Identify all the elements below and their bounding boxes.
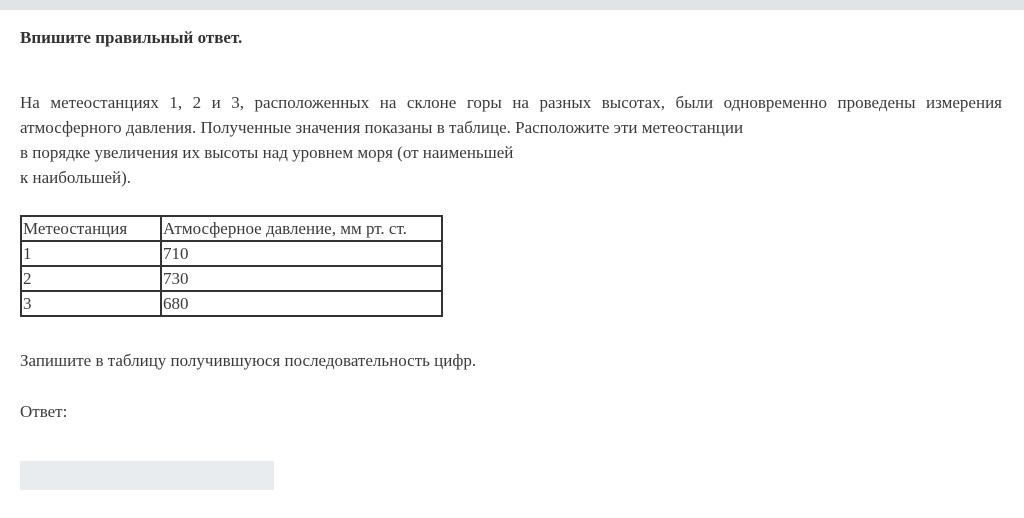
top-bar	[0, 0, 1024, 10]
pressure-table: Метеостанция Атмосферное давление, мм рт…	[20, 215, 443, 317]
answer-input[interactable]	[20, 461, 274, 490]
header-station: Метеостанция	[21, 216, 161, 241]
answer-label: Ответ:	[20, 402, 67, 422]
question-line: На метеостанциях 1, 2 и 3, расположенных…	[20, 90, 1002, 115]
station-cell: 1	[21, 241, 161, 266]
task-title: Впишите правильный ответ.	[20, 28, 242, 48]
table-row: 2 730	[21, 266, 442, 291]
station-cell: 2	[21, 266, 161, 291]
table-header-row: Метеостанция Атмосферное давление, мм рт…	[21, 216, 442, 241]
question-line: в порядке увеличения их высоты над уровн…	[20, 140, 1002, 165]
question-line: к наибольшей).	[20, 165, 1002, 190]
pressure-cell: 730	[161, 266, 442, 291]
question-line: атмосферного давления. Полученные значен…	[20, 115, 1002, 140]
pressure-cell: 710	[161, 241, 442, 266]
question-text: На метеостанциях 1, 2 и 3, расположенных…	[20, 90, 1002, 190]
station-cell: 3	[21, 291, 161, 316]
table-row: 1 710	[21, 241, 442, 266]
header-pressure: Атмосферное давление, мм рт. ст.	[161, 216, 442, 241]
pressure-cell: 680	[161, 291, 442, 316]
table-row: 3 680	[21, 291, 442, 316]
instruction-text: Запишите в таблицу получившуюся последов…	[20, 351, 476, 371]
